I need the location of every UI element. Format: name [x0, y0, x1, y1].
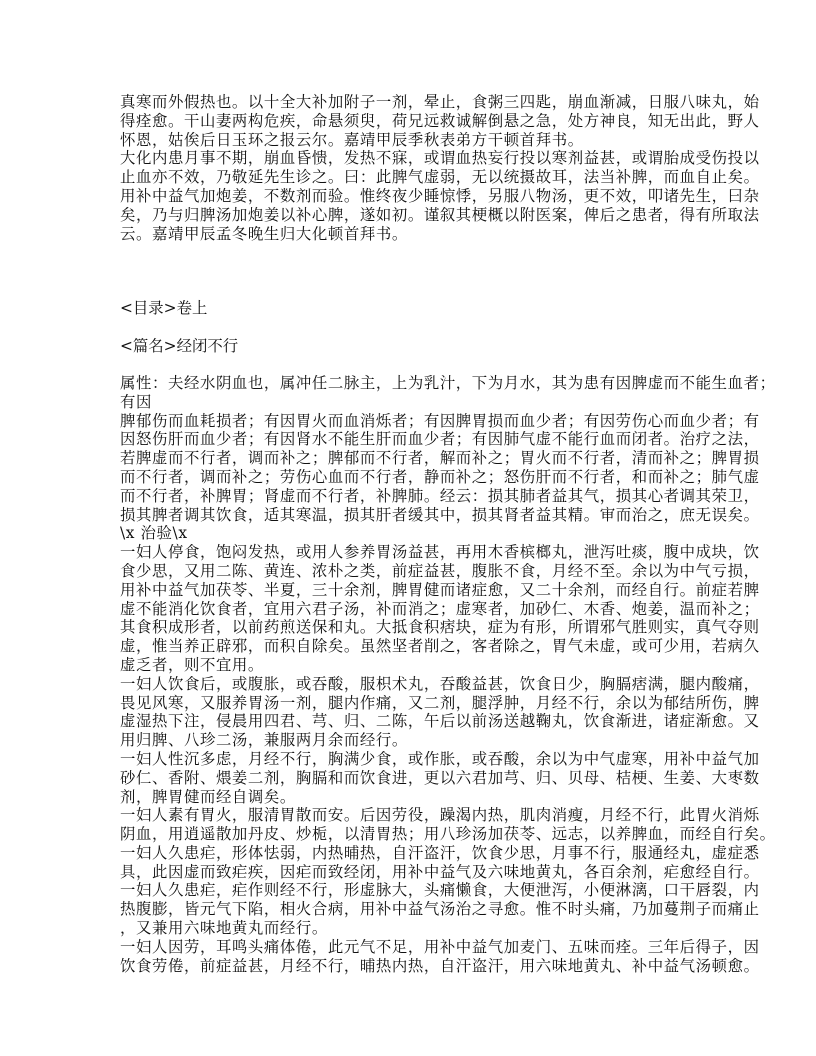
spacer [120, 243, 700, 299]
text-line: 一妇人性沉多虑，月经不行，胸满少食，或作胀，或吞酸，余以为中气虚寒，用补中益气加 [120, 750, 700, 769]
text-line: 砂仁、香附、煨姜二剂，胸膈和而饮食进，更以六君加芎、归、贝母、桔梗、生姜、大枣数 [120, 769, 700, 788]
text-line: 剂，脾胃健而经自调矣。 [120, 788, 700, 807]
text-line: 一妇人停食，饱闷发热，或用人参养胃汤益甚，再用木香槟榔丸，泄泻吐痰，腹中成块，饮 [120, 543, 700, 562]
text-line: 虚乏者，则不宜用。 [120, 656, 700, 675]
text-line: 大化内患月事不期，崩血昏愦，发热不寐，或谓血热妄行投以寒剂益甚，或谓胎成受伤投以 [120, 149, 700, 168]
text-line: 用补中益气加茯苓、半夏，三十余剂，脾胃健而诸症愈，又二十余剂，而经自行。前症若脾 [120, 581, 700, 600]
text-line: 用补中益气加炮姜，不数剂而验。惟终夜少睡惊悸，另服八物汤，更不效，叩诸先生，曰杂 [120, 187, 700, 206]
chapter-body: 属性：夫经水阴血也，属冲任二脉主，上为乳汁，下为月水，其为患有因脾虚而不能生血者… [120, 374, 700, 976]
text-line: 阴血，用逍遥散加丹皮、炒栀，以清胃热；用八珍汤加茯苓、远志，以养脾血，而经自行矣… [120, 825, 700, 844]
text-line: 一妇人久患疟，疟作则经不行，形虚脉大，头痛懒食，大便泄泻，小便淋漓，口干唇裂，内 [120, 881, 700, 900]
text-line: 而不行者，补脾胃；肾虚而不行者，补脾肺。经云：损其肺者益其气，损其心者调其荣卫， [120, 487, 700, 506]
spacer [120, 318, 700, 337]
text-line: 得痊愈。干山妻两构危疾，命悬须臾，荷兄远救诚解倒悬之急，处方神良，知无出此，野人 [120, 112, 700, 131]
preface-section: 真寒而外假热也。以十全大补加附子一剂，晕止，食粥三四匙，崩血渐减，日服八味丸，始… [120, 93, 700, 243]
document-page: 真寒而外假热也。以十全大补加附子一剂，晕止，食粥三四匙，崩血渐减，日服八味丸，始… [120, 93, 700, 975]
text-line: 止血亦不效，乃敬延先生诊之。曰：此脾气虚弱，无以统摄故耳，法当补脾，而血自止矣。 [120, 168, 700, 187]
text-line: 一妇人久患疟，形体怯弱，内热晡热，自汗盗汗，饮食少思，月事不行，服通经丸，虚症悉 [120, 844, 700, 863]
text-line: 有因 [120, 393, 700, 412]
text-line: 云。嘉靖甲辰孟冬晚生归大化顿首拜书。 [120, 225, 700, 244]
text-line: ，又兼用六味地黄丸而经行。 [120, 919, 700, 938]
case-section-marker: \x 治验\x [120, 524, 700, 543]
text-line: 一妇人素有胃火，服清胃散而安。后因劳役，躁渴内热，肌肉消瘦，月经不行，此胃火消烁 [120, 806, 700, 825]
text-line: 热腹膨，皆元气下陷，相火合病，用补中益气汤治之寻愈。惟不时头痛，乃加蔓荆子而痛止 [120, 900, 700, 919]
text-line: 而不行者，调而补之；劳伤心血而不行者，静而补之；怒伤肝而不行者，和而补之；肺气虚 [120, 468, 700, 487]
text-line: 属性：夫经水阴血也，属冲任二脉主，上为乳汁，下为月水，其为患有因脾虚而不能生血者… [120, 374, 700, 393]
text-line: 损其脾者调其饮食，适其寒温，损其肝者缓其中，损其肾者益其精。审而治之，庶无误矣。 [120, 506, 700, 525]
text-line: 若脾虚而不行者，调而补之；脾郁而不行者，解而补之；胃火而不行者，清而补之；脾胃损 [120, 449, 700, 468]
spacer [120, 355, 700, 374]
chapter-heading: <篇名>经闭不行 [120, 337, 700, 356]
text-line: 饮食劳倦，前症益甚，月经不行，晡热内热，自汗盗汗，用六味地黄丸、补中益气汤顿愈。 [120, 957, 700, 976]
text-line: 一妇人饮食后，或腹胀，或吞酸，服枳术丸，吞酸益甚，饮食日少，胸膈痞满，腿内酸痛， [120, 675, 700, 694]
text-line: 用归脾、八珍二汤，兼服两月余而经行。 [120, 731, 700, 750]
text-line: 食少思，又用二陈、黄连、浓朴之类，前症益甚，腹胀不食，月经不至。余以为中气亏损， [120, 562, 700, 581]
text-line: 真寒而外假热也。以十全大补加附子一剂，晕止，食粥三四匙，崩血渐减，日服八味丸，始 [120, 93, 700, 112]
text-line: 怀恩，姑俟后日玉环之报云尔。嘉靖甲辰季秋表弟方干顿首拜书。 [120, 131, 700, 150]
text-line: 矣，乃与归脾汤加炮姜以补心脾，遂如初。谨叙其梗概以附医案，俾后之患者，得有所取法 [120, 206, 700, 225]
text-line: 脾郁伤而血耗损者；有因胃火而血消烁者；有因脾胃损而血少者；有因劳伤心而血少者；有 [120, 412, 700, 431]
text-line: 其食积成形者，以前药煎送保和丸。大抵食积痞块，症为有形，所谓邪气胜则实，真气夺则 [120, 618, 700, 637]
text-line: 虚湿热下注，侵晨用四君、芎、归、二陈，午后以前汤送越鞠丸，饮食渐进，诸症渐愈。又 [120, 712, 700, 731]
toc-heading: <目录>卷上 [120, 299, 700, 318]
text-line: 因怒伤肝而血少者；有因肾水不能生肝而血少者；有因肺气虚不能行血而闭者。治疗之法， [120, 430, 700, 449]
text-line: 畏见风寒，又服养胃汤一剂，腿内作痛，又二剂，腿浮肿，月经不行，余以为郁结所伤，脾 [120, 694, 700, 713]
text-line: 具，此因虚而致疟疾，因疟而致经闭，用补中益气及六味地黄丸，各百余剂，疟愈经自行。 [120, 863, 700, 882]
text-line: 虚不能消化饮食者，宜用六君子汤，补而消之；虚寒者，加砂仁、木香、炮姜，温而补之； [120, 600, 700, 619]
text-line: 虚，惟当养正辟邪，而积自除矣。虽然坚者削之，客者除之，胃气未虚，或可少用，若病久 [120, 637, 700, 656]
text-line: 一妇人因劳，耳鸣头痛体倦，此元气不足，用补中益气加麦门、五味而痊。三年后得子，因 [120, 938, 700, 957]
